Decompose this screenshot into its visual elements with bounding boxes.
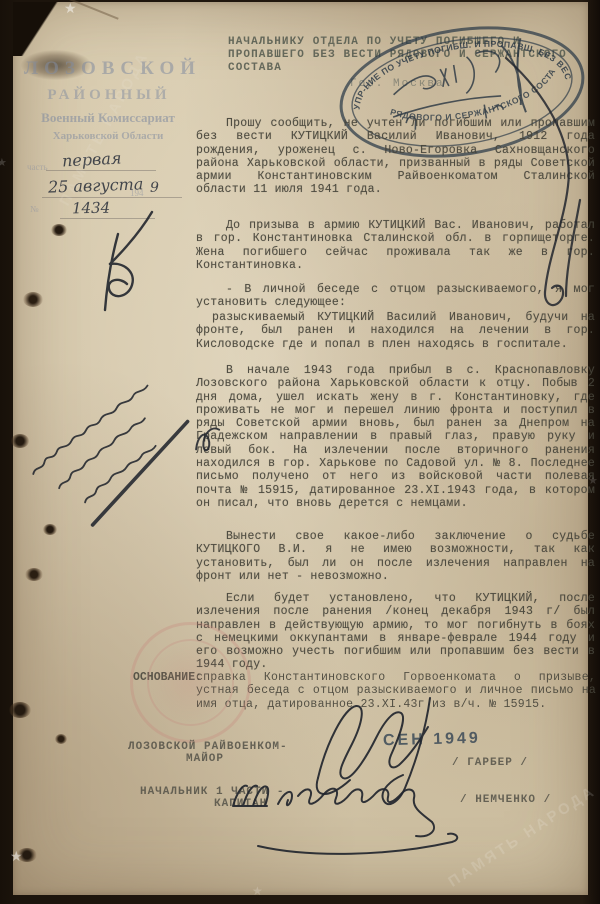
- date-stamp: СЕН 1949: [383, 730, 481, 751]
- letterhead-org-name: ЛОЗОВСКОЙ: [24, 58, 194, 80]
- blank-line: [46, 170, 156, 171]
- basis-text: справка Константиновского Горвоенкомата …: [196, 671, 596, 711]
- round-red-stamp: [130, 622, 251, 743]
- stain: [43, 524, 57, 535]
- stain: [25, 568, 43, 581]
- signer1-title: ЛОЗОВСКОЙ РАЙВОЕНКОМ-: [128, 741, 288, 753]
- stain: [23, 292, 43, 307]
- star-watermark-icon: ★: [588, 474, 598, 487]
- signer2-rank: КАПИТАН: [214, 798, 267, 810]
- paragraph: Если будет установлено, что КУТИЦКИЙ, по…: [196, 592, 595, 672]
- signer2-name: / НЕМЧЕНКО /: [460, 794, 551, 806]
- stain: [51, 224, 67, 236]
- star-watermark-icon: ★: [64, 0, 77, 17]
- number-handwritten: 1434: [72, 199, 110, 218]
- torn-corner: [13, 2, 91, 56]
- star-watermark-icon: ★: [0, 156, 7, 169]
- signer2-title: НАЧАЛЬНИК 1 ЧАСТИ -: [140, 786, 284, 798]
- paragraph: До призыва в армию КУТИЦКИЙ Вас. Иванови…: [196, 219, 595, 272]
- part-label: часть: [27, 162, 48, 172]
- round-red-stamp-inner: [147, 639, 234, 726]
- paragraph: - В личной беседе с отцом разыскиваемого…: [196, 283, 595, 310]
- signer1-rank: МАЙОР: [186, 753, 224, 765]
- number-label: №: [30, 204, 39, 214]
- star-watermark-icon: ★: [10, 848, 23, 865]
- star-watermark-icon: ★: [252, 884, 263, 898]
- stain: [11, 434, 29, 448]
- signer1-name: / ГАРБЕР /: [452, 757, 528, 769]
- paragraph: В начале 1943 года прибыл в с. Краснопав…: [196, 364, 595, 510]
- blank-line: [60, 218, 155, 219]
- paragraph: разыскиваемый КУТИЦКИЙ Василий Иванович,…: [196, 311, 595, 351]
- stain: [9, 702, 31, 718]
- paragraph: Прошу сообщить, не учтен ли погибшим или…: [196, 117, 595, 197]
- year-handwritten: 9: [150, 180, 159, 196]
- stain: [55, 734, 67, 744]
- paragraph: Вынести свое какое-либо заключение о суд…: [196, 530, 595, 583]
- archival-document-scan: ЛОЗОВСКОЙ РАЙОННЫЙ Военный Комиссариат Х…: [0, 0, 600, 904]
